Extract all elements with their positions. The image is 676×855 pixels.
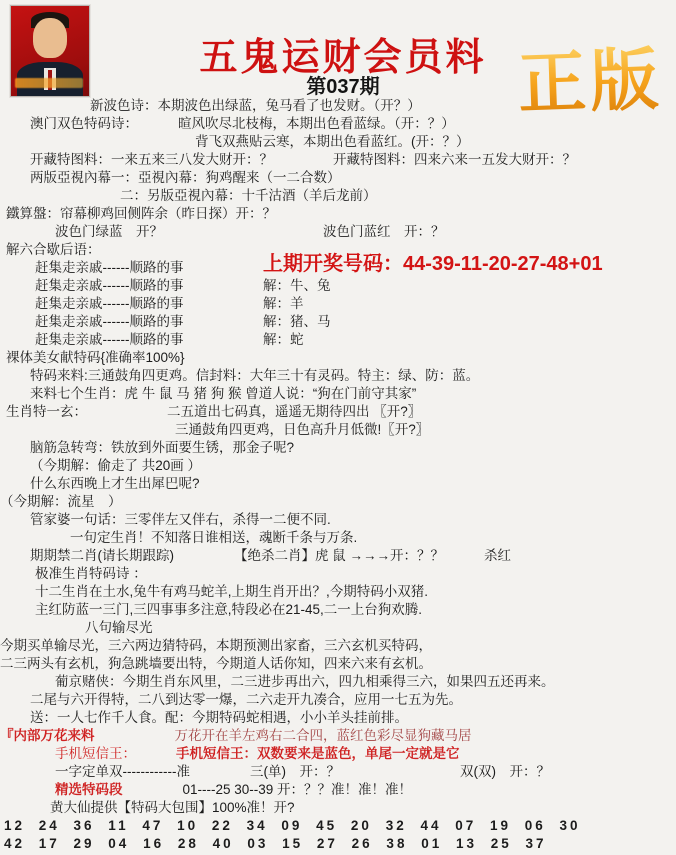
iron-abacus-text: 鐵算盤：帘幕柳鸡回侧阵余（昨日探）开：？ bbox=[6, 206, 276, 221]
issue-number: 第037期 bbox=[148, 70, 538, 99]
segment-label: 精选特码段 bbox=[55, 782, 123, 797]
accurate-heading-text: 极准生肖特码诗 ： bbox=[35, 566, 147, 581]
portrait-face bbox=[33, 18, 67, 58]
riddle-answer: 解：猪、马 bbox=[263, 313, 331, 331]
document-body: 新波色诗：本期波色出绿蓝，兔马看了也发财。（开？） 澳门双色特码诗：暄风吹尽北枝… bbox=[0, 97, 676, 853]
macau-poem2: 背飞双燕贴云寒，本期出色看蓝红。(开：？） bbox=[195, 134, 470, 149]
pujing-line2-text: 二尾与六开得特，二八到达零一爆，二六走开九凑合，应用一七五为先。 bbox=[30, 692, 462, 707]
riddle-phrase: 赶集走亲戚------顺路的事 bbox=[35, 295, 263, 313]
eight-heading-text: 八句输尽光 bbox=[85, 620, 153, 635]
riddle-answer: 解：羊 bbox=[263, 295, 304, 313]
housekeeper2-text: 一句定生肖！不知落日谁相送，魂断千条与万条. bbox=[70, 530, 357, 545]
naked-heading-text: 裸体美女献特码{准确率100%} bbox=[6, 350, 185, 365]
iron-abacus-line: 鐵算盤：帘幕柳鸡回侧阵余（昨日探）开：？ bbox=[0, 205, 676, 223]
segment-line: 精选特码段01----25 30--39 开：？？准！准！准！ bbox=[0, 781, 676, 799]
eight-line2-text: 二三两头有玄机，狗急跳墙要出特，今期道人话你知，四来六来有玄机。 bbox=[0, 656, 432, 671]
eight-line2: 二三两头有玄机，狗急跳墙要出特，今期道人话你知，四来六来有玄机。 bbox=[0, 655, 676, 673]
riddle-row: 赶集走亲戚------顺路的事 解：蛇 bbox=[0, 331, 676, 349]
macau-poem-line2: 背飞双燕贴云寒，本期出色看蓝红。(开：？） bbox=[0, 133, 676, 151]
accurate-heading: 极准生肖特码诗 ： bbox=[0, 565, 676, 583]
macau-poem-line1: 澳门双色特码诗：暄风吹尽北枝梅，本期出色看蓝绿。（开：？） bbox=[0, 115, 676, 133]
brain-a1-text: （今期解：偷走了 共20画 ） bbox=[30, 458, 201, 473]
brain-q2: 什么东西晚上才生出犀巴呢? bbox=[0, 475, 676, 493]
sms-text: 手机短信王：双数要来是蓝色，单尾一定就是它 bbox=[176, 746, 460, 761]
riddle-answer: 解：牛、兔 bbox=[263, 277, 331, 295]
riddle-phrase: 赶集走亲戚------顺路的事 bbox=[35, 313, 263, 331]
macau-label: 澳门双色特码诗： bbox=[30, 116, 138, 131]
riddle-phrase: 赶集走亲戚------顺路的事 bbox=[35, 259, 263, 277]
riddle-row: 赶集走亲戚------顺路的事 上期开奖号码：44-39-11-20-27-48… bbox=[0, 259, 676, 277]
housekeeper1-text: 管家婆一句话：三零伴左又伴右，杀得一二便不同. bbox=[30, 512, 331, 527]
eight-line1-text: 今期买单输尽光，三六两边猜特码，本期预测出家畜，三六玄机买特码， bbox=[0, 638, 432, 653]
sms-label: 手机短信王： bbox=[55, 746, 136, 761]
accurate-line2-text: 主红防蓝一三门,三四事事多注意,特段必在21-45,二一上台狗欢腾. bbox=[35, 602, 422, 617]
oddeven-mid: 三(单) 开：？ bbox=[250, 764, 340, 779]
macau-poem1: 暄风吹尽北枝梅，本期出色看蓝绿。（开：？） bbox=[178, 116, 455, 131]
riddle-answer: 解：蛇 bbox=[263, 331, 304, 349]
treasure-left: 开藏特图料：一来五来三八发大财开：？ bbox=[30, 152, 273, 167]
zodiac-line2: 三通鼓角四更鸡，日色高升月低微!〖开?〗 bbox=[0, 421, 676, 439]
riddle-phrase: 赶集走亲戚------顺路的事 bbox=[35, 331, 263, 349]
atv-line2: 二：另版亞視內幕：十千沽酒（羊后龙前） bbox=[0, 187, 676, 205]
pujing-line2: 二尾与六开得特，二八到达零一爆，二六走开九凑合，应用一七五为先。 bbox=[0, 691, 676, 709]
riddle-row: 赶集走亲戚------顺路的事 解：羊 bbox=[0, 295, 676, 313]
segment-text: 01----25 30--39 开：？？准！准！准！ bbox=[183, 782, 413, 797]
naked-line2: 来料七个生肖：虎 牛 鼠 马 猪 狗 猴 曾道人说：“狗在门前守其家” bbox=[0, 385, 676, 403]
zodiac-line1: 生肖特一玄：二五道出七码真，遥遥无期待四出 〖开?〗 bbox=[0, 403, 676, 421]
wave-door-line: 波色门绿蓝 开？波色门蓝红 开：？ bbox=[0, 223, 676, 241]
pujing-line3-text: 送：一人七作千人食。配：今期特码蛇相遇，小小羊头挂前排。 bbox=[30, 710, 408, 725]
zodiac-label: 生肖特一玄： bbox=[6, 404, 87, 419]
pujing-line1: 葡京赌侠：今期生肖东风里，二三进步再出六，四九相乘得三六，如果四五还再来。 bbox=[0, 673, 676, 691]
oddeven-line: 一字定单双------------准三(单) 开：？双(双) 开：？ bbox=[0, 763, 676, 781]
huang-line-text: 黄大仙提供【特码大包围】100%准！开? bbox=[50, 800, 295, 815]
atv-line1: 两版亞視內幕一：亞視內幕：狗鸡醒来（一二合数） bbox=[0, 169, 676, 187]
naked-heading: 裸体美女献特码{准确率100%} bbox=[0, 349, 676, 367]
brain-q2-text: 什么东西晚上才生出犀巴呢? bbox=[30, 476, 200, 491]
ban-kill-text: 【绝杀二肖】虎 鼠 →→→开：？？ bbox=[234, 548, 444, 563]
eight-heading: 八句输尽光 bbox=[0, 619, 676, 637]
riddle-phrase: 赶集走亲戚------顺路的事 bbox=[35, 277, 263, 295]
internal-label: 『内部万花来料 bbox=[0, 728, 95, 743]
eight-line1: 今期买单输尽光，三六两边猜特码，本期预测出家畜，三六玄机买特码， bbox=[0, 637, 676, 655]
new-wave-text: 新波色诗：本期波色出绿蓝，兔马看了也发财。（开？） bbox=[90, 98, 421, 113]
naked-line1: 特码来料:三通鼓角四更鸡。信封料：大年三十有灵码。特主：绿、防：蓝。 bbox=[0, 367, 676, 385]
housekeeper-line1: 管家婆一句话：三零伴左又伴右，杀得一二便不同. bbox=[0, 511, 676, 529]
ban-label: 期期禁二肖(请长期跟踪) bbox=[30, 548, 174, 563]
pujing-line3: 送：一人七作千人食。配：今期特码蛇相遇，小小羊头挂前排。 bbox=[0, 709, 676, 727]
oddeven-left: 一字定单双------------准 bbox=[55, 764, 190, 779]
brain-a1: （今期解：偷走了 共20画 ） bbox=[0, 457, 676, 475]
tip-sheet-page: 五鬼运财会员料 第037期 正版 新波色诗：本期波色出绿蓝，兔马看了也发财。（开… bbox=[0, 0, 676, 855]
ban-line: 期期禁二肖(请长期跟踪)【绝杀二肖】虎 鼠 →→→开：？？杀红 bbox=[0, 547, 676, 565]
brain-q1-text: 脑筋急转弯：铁放到外面要生锈，那金子呢? bbox=[30, 440, 294, 455]
pujing-line1-text: 葡京赌侠：今期生肖东风里，二三进步再出六，四九相乘得三六，如果四五还再来。 bbox=[55, 674, 555, 689]
brain-a2-text: （今期解：流星 ） bbox=[0, 494, 122, 509]
new-wave-poem: 新波色诗：本期波色出绿蓝，兔马看了也发财。（开？） bbox=[0, 97, 676, 115]
internal-text: 万花开在羊左鸡右二合四，蓝红色彩尽显狗藏马居 bbox=[175, 728, 472, 743]
riddle-row: 赶集走亲戚------顺路的事 解：猪、马 bbox=[0, 313, 676, 331]
housekeeper-line2: 一句定生肖！不知落日谁相送，魂断千条与万条. bbox=[0, 529, 676, 547]
photo-watermark bbox=[15, 78, 83, 88]
number-pool-row1: 12 24 36 11 47 10 22 34 09 45 20 32 44 0… bbox=[4, 817, 676, 835]
brain-a2: （今期解：流星 ） bbox=[0, 493, 676, 511]
internal-line: 『内部万花来料万花开在羊左鸡右二合四，蓝红色彩尽显狗藏马居 bbox=[0, 727, 676, 745]
oddeven-right: 双(双) 开：？ bbox=[460, 764, 550, 779]
number-pool-row2: 42 17 29 04 16 28 40 03 15 27 26 38 01 1… bbox=[4, 835, 676, 853]
riddle-row: 赶集走亲戚------顺路的事 解：牛、兔 bbox=[0, 277, 676, 295]
naked-line1-text: 特码来料:三通鼓角四更鸡。信封料：大年三十有灵码。特主：绿、防：蓝。 bbox=[30, 368, 479, 383]
ban-red-text: 杀红 bbox=[484, 548, 511, 563]
treasure-line: 开藏特图料：一来五来三八发大财开：？开藏特图料：四来六来一五发大财开：？ bbox=[0, 151, 676, 169]
huang-line: 黄大仙提供【特码大包围】100%准！开? bbox=[0, 799, 676, 817]
atv2-text: 二：另版亞視內幕：十千沽酒（羊后龙前） bbox=[120, 188, 377, 203]
wave-door-left: 波色门绿蓝 开？ bbox=[55, 224, 163, 239]
accurate-line1: 十二生肖在土水,兔牛有鸡马蛇羊,上期生肖开出？,今期特码小双猪. bbox=[0, 583, 676, 601]
accurate-line2: 主红防蓝一三门,三四事事多注意,特段必在21-45,二一上台狗欢腾. bbox=[0, 601, 676, 619]
atv1-text: 两版亞視內幕一：亞視內幕：狗鸡醒来（一二合数） bbox=[30, 170, 341, 185]
treasure-right: 开藏特图料：四来六来一五发大财开：？ bbox=[333, 152, 576, 167]
brain-q1: 脑筋急转弯：铁放到外面要生锈，那金子呢? bbox=[0, 439, 676, 457]
accurate-line1-text: 十二生肖在土水,兔牛有鸡马蛇羊,上期生肖开出？,今期特码小双猪. bbox=[35, 584, 428, 599]
last-draw-numbers: 上期开奖号码：44-39-11-20-27-48+01 bbox=[263, 255, 603, 273]
naked-line2-text: 来料七个生肖：虎 牛 鼠 马 猪 狗 猴 曾道人说：“狗在门前守其家” bbox=[30, 386, 416, 401]
portrait-photo bbox=[10, 5, 90, 97]
wave-door-right: 波色门蓝红 开：？ bbox=[323, 224, 445, 239]
zodiac-poem1: 二五道出七码真，遥遥无期待四出 〖开?〗 bbox=[167, 404, 421, 419]
zodiac-poem2: 三通鼓角四更鸡，日色高升月低微!〖开?〗 bbox=[175, 422, 429, 437]
sms-line: 手机短信王：手机短信王：双数要来是蓝色，单尾一定就是它 bbox=[0, 745, 676, 763]
riddle-heading-text: 解六合歇后语： bbox=[6, 242, 101, 257]
